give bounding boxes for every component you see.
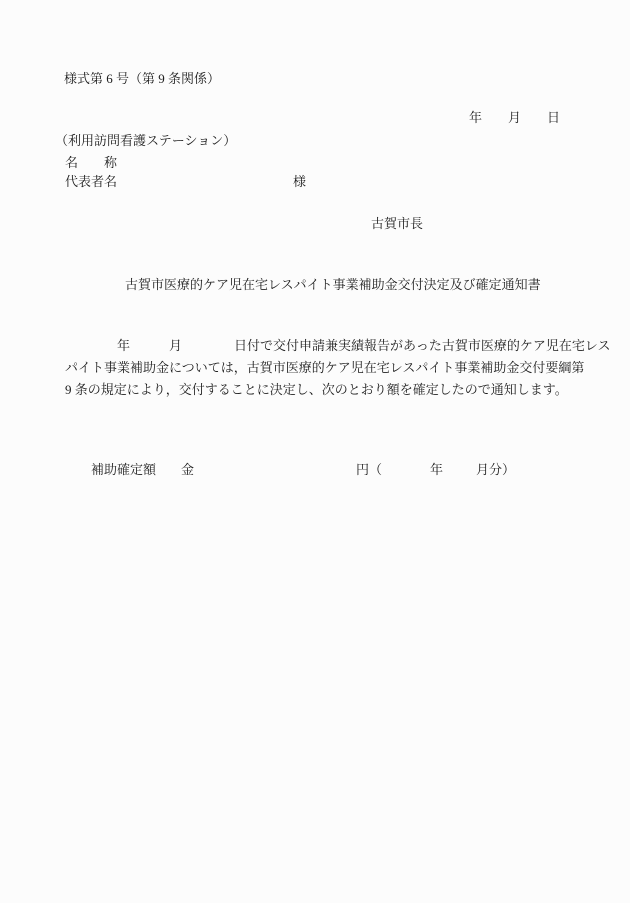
honorific-sama: 様 xyxy=(293,172,306,192)
body-paragraph-line-2: パイト事業補助金については，古賀市医療的ケア児在宅レスパイト事業補助金交付要綱第 xyxy=(65,358,584,378)
addressee-station-label: （利用訪問看護ステーション） xyxy=(55,131,236,151)
amount-kin-prefix: 金 xyxy=(181,460,194,480)
form-number: 様式第 6 号（第 9 条関係） xyxy=(64,69,220,89)
addressee-name-label: 名 称 xyxy=(65,153,117,173)
issue-date-line: 年 月 日 xyxy=(469,108,560,128)
amount-month-close-paren: 月分） xyxy=(476,460,515,480)
amount-yen-open-paren: 円（ xyxy=(356,460,382,480)
body-paragraph-line-3: 9 条の規定により，交付することに決定し、次のとおり額を確定したので通知します。 xyxy=(65,380,568,400)
addressee-representative-label: 代表者名 xyxy=(65,172,117,192)
body-paragraph-line-1: 年 月 日付で交付申請兼実績報告があった古賀市医療的ケア児在宅レス xyxy=(65,336,610,356)
document-title: 古賀市医療的ケア児在宅レスパイト事業補助金交付決定及び確定通知書 xyxy=(125,275,541,295)
amount-year-label: 年 xyxy=(430,460,443,480)
document-page: 様式第 6 号（第 9 条関係） 年 月 日 （利用訪問看護ステーション） 名 … xyxy=(0,0,630,903)
amount-confirmed-label: 補助確定額 xyxy=(91,460,156,480)
sender-mayor: 古賀市長 xyxy=(371,214,423,234)
